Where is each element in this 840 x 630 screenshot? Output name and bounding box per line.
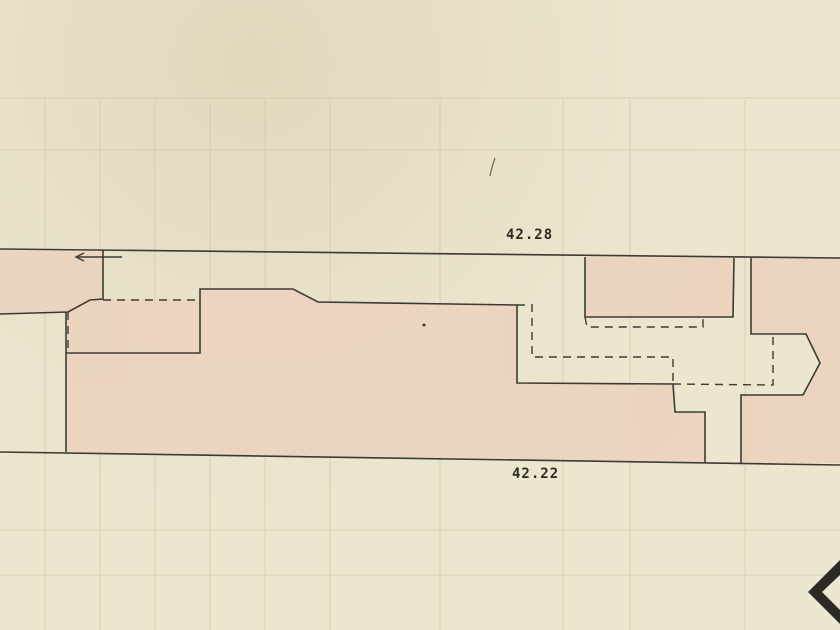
bottom-dimension-label: 42.22 (512, 466, 559, 482)
top-boundary-line (0, 249, 840, 258)
survey-dot (423, 324, 426, 327)
pencil-mark (490, 158, 495, 176)
north-marker-icon (808, 560, 840, 624)
building-fills (0, 250, 840, 463)
site-plan-drawing (0, 0, 840, 630)
top-dimension-label: 42.28 (506, 227, 553, 243)
drawing-sheet: 42.28 42.22 (0, 0, 840, 630)
